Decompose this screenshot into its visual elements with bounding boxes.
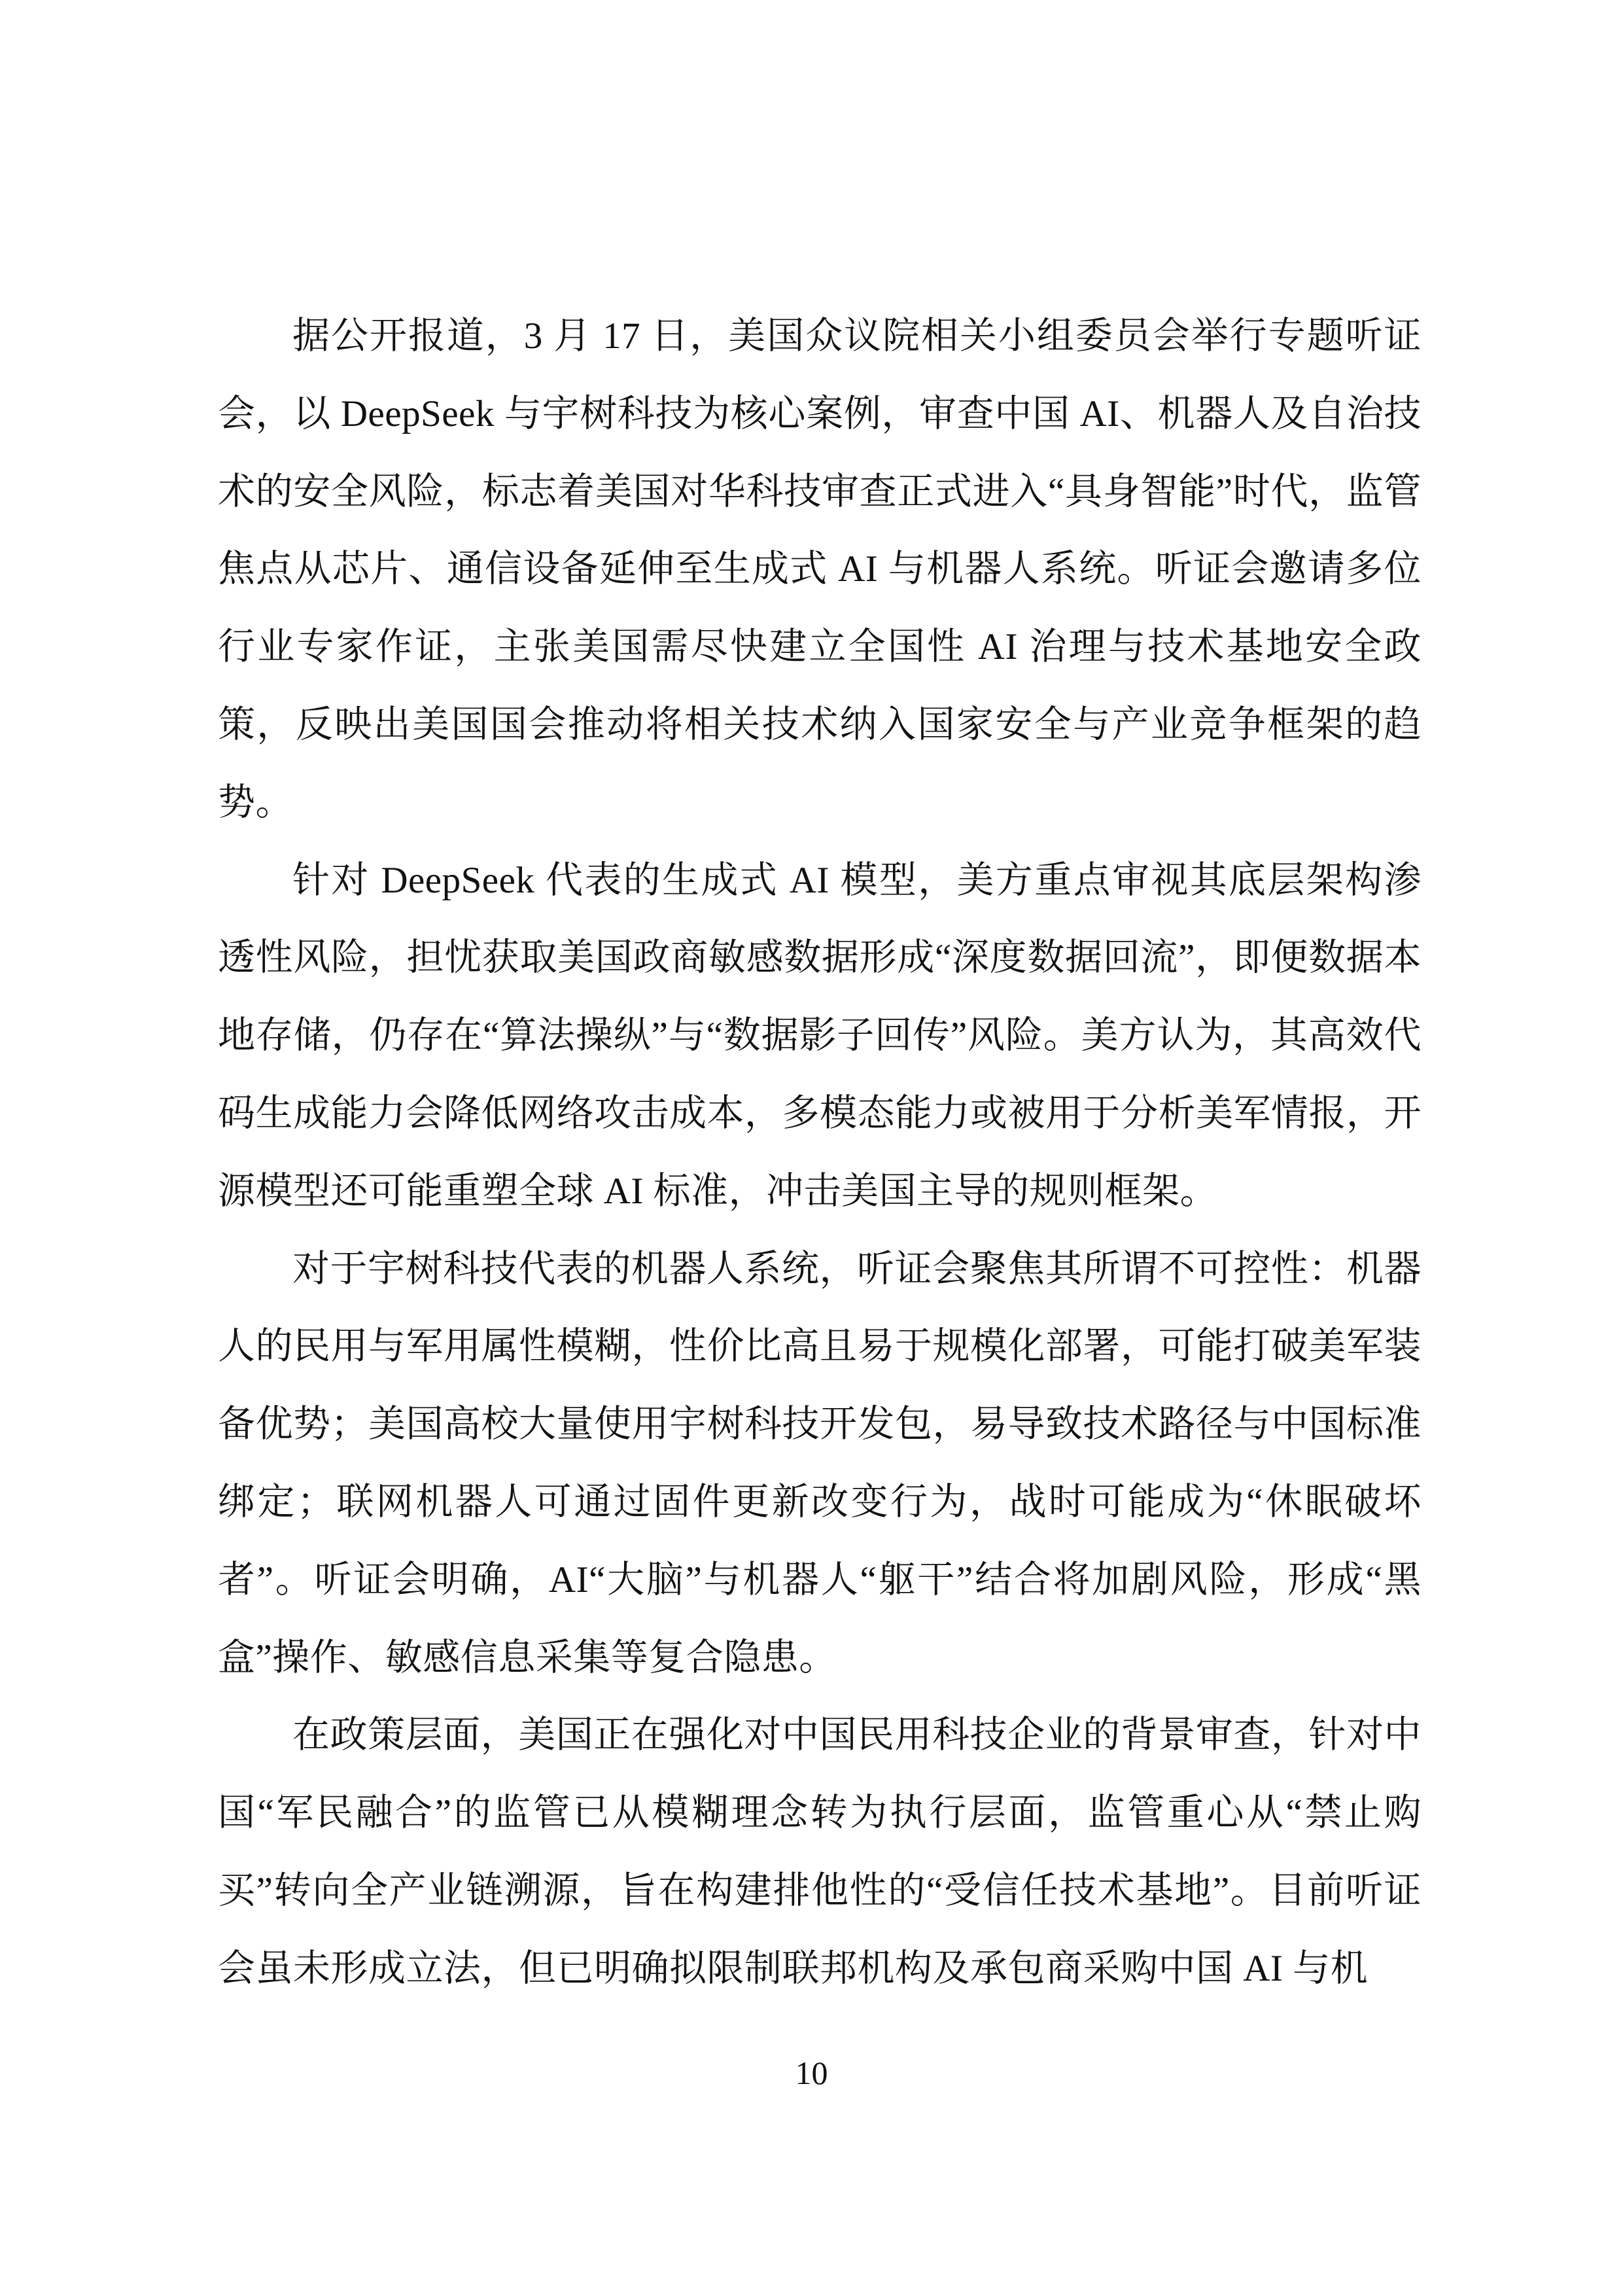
body-text: 据公开报道，3 月 17 日，美国众议院相关小组委员会举行专题听证会，以 Dee… bbox=[218, 298, 1422, 2008]
paragraph-policy-level: 在政策层面，美国正在强化对中国民用科技企业的背景审查，针对中国“军民融合”的监管… bbox=[218, 1697, 1422, 2007]
document-page: 据公开报道，3 月 17 日，美国众议院相关小组委员会举行专题听证会，以 Dee… bbox=[0, 0, 1623, 2296]
paragraph-hearing-overview: 据公开报道，3 月 17 日，美国众议院相关小组委员会举行专题听证会，以 Dee… bbox=[218, 298, 1422, 842]
paragraph-unitree-robotics-risks: 对于宇树科技代表的机器人系统，听证会聚焦其所谓不可控性：机器人的民用与军用属性模… bbox=[218, 1231, 1422, 1697]
page-number: 10 bbox=[0, 2053, 1623, 2093]
paragraph-deepseek-risks: 针对 DeepSeek 代表的生成式 AI 模型，美方重点审视其底层架构渗透性风… bbox=[218, 842, 1422, 1231]
